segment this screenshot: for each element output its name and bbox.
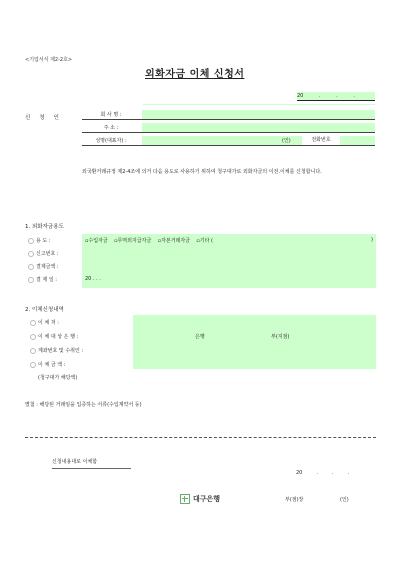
payment-date-label: 결 제 일 :	[28, 276, 57, 283]
seal-mark: (인)	[282, 137, 291, 144]
claim-note: (청구대가 해당액)	[38, 374, 77, 381]
bank-logo: 대구은행	[180, 494, 220, 504]
transfer-amount-label: 이 체 금 액 :	[30, 361, 65, 368]
representative-input[interactable]: (인) 전화번호	[142, 136, 375, 145]
date-sep: .	[319, 93, 321, 99]
bullet-icon	[30, 320, 36, 326]
company-name-label: 회 사 명 :	[82, 111, 140, 118]
report-number-label: 신고번호 :	[28, 250, 59, 257]
company-name-row: 회 사 명 :	[82, 110, 375, 120]
section2-fields[interactable]: 은행 부(지점)	[133, 315, 376, 369]
section1-fields: ▫수입자금 ▫무역외지급자금 ▫자본거래자금 ▫기타 ( ) 20 . . .	[82, 234, 376, 288]
date-sep: .	[336, 93, 338, 99]
section1-title: 1. 외화자금용도	[25, 222, 64, 230]
address-label: 주 소 :	[82, 124, 140, 131]
address-input[interactable]	[142, 123, 375, 132]
bullet-icon	[28, 277, 34, 283]
attachment-notice: 별첨 : 해당된 거래임을 입증하는 서류(수입계약서 등)	[25, 401, 142, 408]
bullet-icon	[30, 362, 36, 368]
divider	[143, 104, 375, 105]
address-row: 주 소 :	[82, 123, 375, 133]
phone-label: 전화번호	[302, 136, 340, 145]
bank-name: 대구은행	[193, 494, 220, 504]
application-date-field[interactable]: 20 . . .	[297, 92, 375, 101]
payment-amount-label: 결제금액 :	[28, 263, 59, 270]
date-sep: .	[353, 93, 355, 99]
purpose-label: 용 도 :	[28, 237, 51, 244]
branch-suffix: 부(지점)	[271, 333, 289, 340]
purpose-options: ▫수입자금 ▫무역외지급자금 ▫자본거래자금 ▫기타 ( )	[85, 237, 373, 244]
daegu-bank-logo-icon	[180, 494, 190, 504]
bullet-icon	[28, 264, 34, 270]
account-recipient-label: 계좌번호 및 수취인 :	[30, 347, 83, 354]
receipt-date: 20...	[296, 470, 363, 476]
bullet-icon	[28, 251, 34, 257]
report-number-input[interactable]	[85, 250, 373, 258]
page-title: 외화자금 이체 신청서	[145, 65, 244, 80]
bullet-icon	[30, 348, 36, 354]
application-statement: 외국환거래규정 제2-4조에 의거 다음 용도로 사용하기 위하여 청구대가로 …	[82, 167, 382, 178]
representative-label: 성명(대표자) :	[82, 137, 140, 144]
form-reference: <기업서식 제2-2호>	[25, 56, 72, 63]
transfer-destination-label: 이 체 처 :	[30, 319, 59, 326]
representative-row: 성명(대표자) : (인) 전화번호	[82, 136, 375, 146]
bullet-icon	[28, 238, 34, 244]
section2-title: 2. 이체신청내역	[25, 305, 64, 313]
seal-mark: (인)	[340, 496, 349, 503]
target-bank-label: 이 체 대 상 은 행 :	[30, 333, 78, 340]
cut-line	[25, 437, 376, 438]
payment-date-input[interactable]: 20 . . .	[85, 276, 101, 282]
receipt-title: 신청내용대로 이체함	[52, 458, 131, 469]
branch-manager-label: 부(점)장	[285, 496, 303, 503]
applicant-label: 신청인	[25, 113, 68, 121]
payment-amount-input[interactable]	[85, 263, 373, 271]
bank-suffix: 은행	[195, 333, 205, 340]
bullet-icon	[30, 334, 36, 340]
date-year: 20	[297, 93, 303, 99]
company-name-input[interactable]	[142, 110, 375, 119]
